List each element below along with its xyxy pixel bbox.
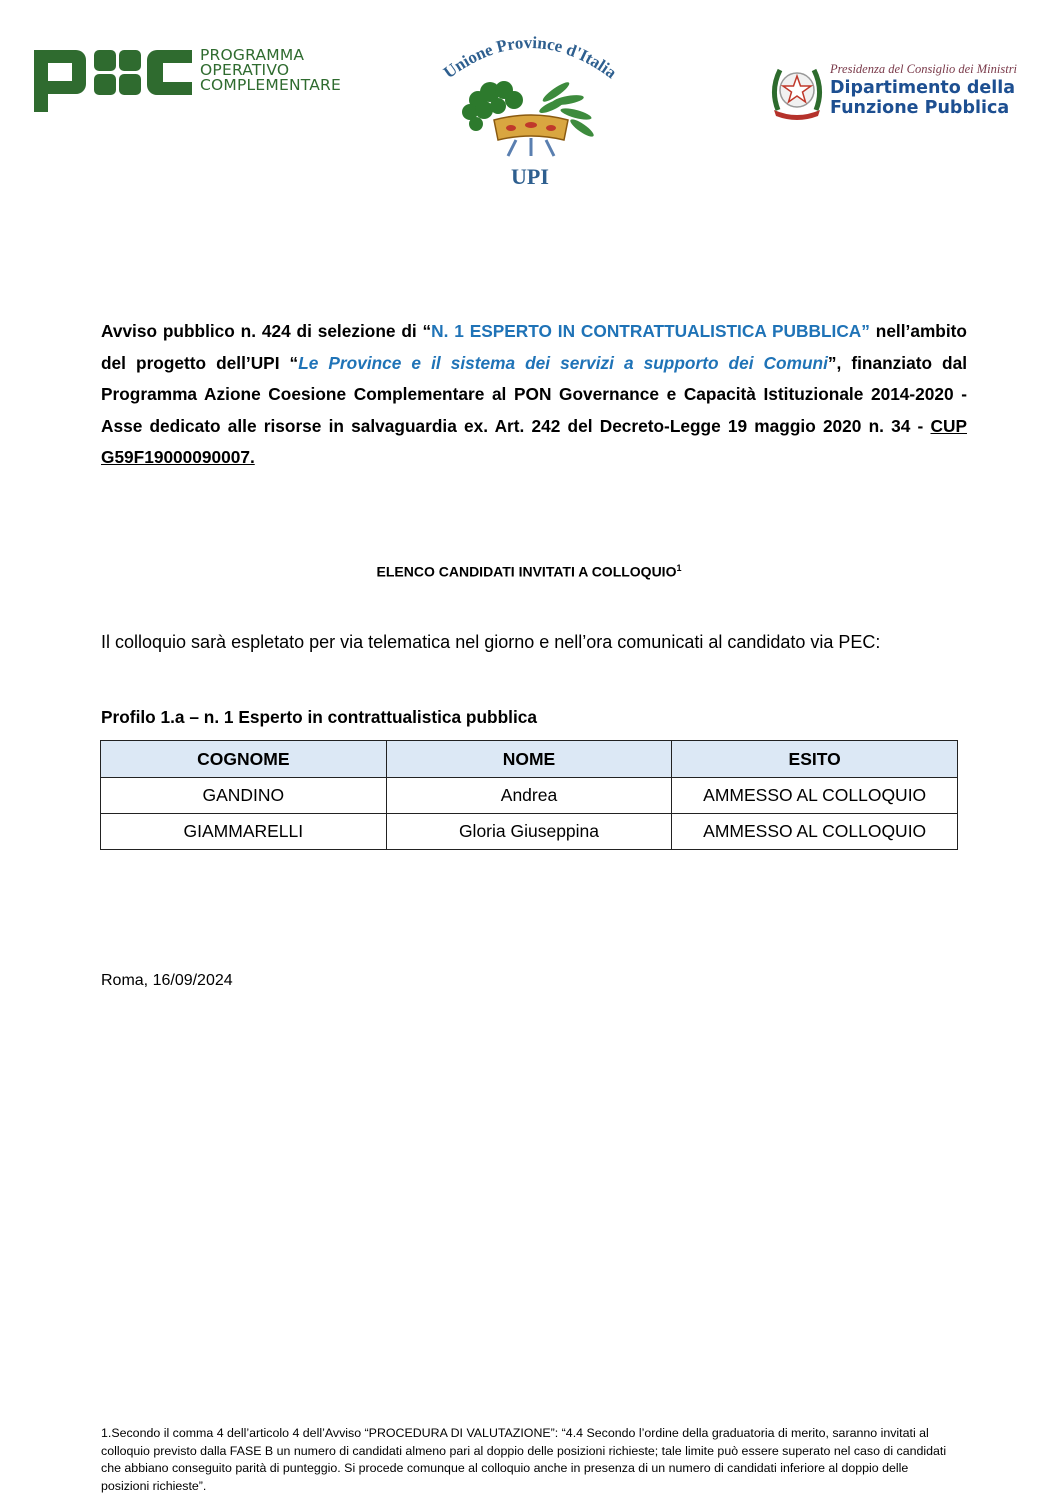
section-title-text: ELENCO CANDIDATI INVITATI A COLLOQUIO xyxy=(377,564,677,580)
interview-info-text: Il colloquio sarà espletato per via tele… xyxy=(101,632,880,653)
cell-esito: AMMESSO AL COLLOQUIO xyxy=(672,814,958,850)
upi-label: UPI xyxy=(440,164,620,190)
cell-cognome: GIAMMARELLI xyxy=(101,814,387,850)
dfp-title-line-2: Funzione Pubblica xyxy=(830,98,1015,118)
project-title: Le Province e il sistema dei servizi a s… xyxy=(298,353,828,373)
table-row: GANDINO Andrea AMMESSO AL COLLOQUIO xyxy=(101,778,958,814)
intro-text-1: Avviso pubblico n. 424 di selezione di “ xyxy=(101,321,431,341)
column-header-esito: ESITO xyxy=(672,741,958,778)
poc-logo-text: PROGRAMMA OPERATIVO COMPLEMENTARE xyxy=(200,48,341,93)
cell-nome: Gloria Giuseppina xyxy=(386,814,672,850)
cell-cognome: GANDINO xyxy=(101,778,387,814)
poc-line-3: COMPLEMENTARE xyxy=(200,78,341,93)
section-title: ELENCO CANDIDATI INVITATI A COLLOQUIO1 xyxy=(0,563,1058,580)
profile-title: Profilo 1.a – n. 1 Esperto in contrattua… xyxy=(101,707,537,728)
position-title: N. 1 ESPERTO IN CONTRATTUALISTICA PUBBLI… xyxy=(431,321,870,341)
italian-republic-emblem-icon xyxy=(768,60,826,122)
dfp-title-line-1: Dipartimento della xyxy=(830,78,1015,98)
dfp-title: Dipartimento della Funzione Pubblica xyxy=(830,78,1015,118)
poc-logo-mark-icon xyxy=(32,46,194,116)
footnote: 1.Secondo il comma 4 dell’articolo 4 del… xyxy=(101,1425,953,1495)
place-date: Roma, 16/09/2024 xyxy=(101,972,233,990)
dfp-logo: Presidenza del Consiglio dei Ministri Di… xyxy=(768,58,1038,128)
upi-logo: Unione Province d'Italia UPI xyxy=(440,26,620,176)
column-header-cognome: COGNOME xyxy=(101,741,387,778)
upi-emblem-icon xyxy=(456,70,606,160)
table-header-row: COGNOME NOME ESITO xyxy=(101,741,958,778)
column-header-nome: NOME xyxy=(386,741,672,778)
notice-intro-paragraph: Avviso pubblico n. 424 di selezione di “… xyxy=(101,316,967,474)
cell-nome: Andrea xyxy=(386,778,672,814)
dfp-subtitle: Presidenza del Consiglio dei Ministri xyxy=(830,62,1017,77)
table-row: GIAMMARELLI Gloria Giuseppina AMMESSO AL… xyxy=(101,814,958,850)
footnote-ref: 1 xyxy=(676,563,681,573)
poc-logo: PROGRAMMA OPERATIVO COMPLEMENTARE xyxy=(32,46,372,118)
candidates-table: COGNOME NOME ESITO GANDINO Andrea AMMESS… xyxy=(100,740,958,850)
cell-esito: AMMESSO AL COLLOQUIO xyxy=(672,778,958,814)
